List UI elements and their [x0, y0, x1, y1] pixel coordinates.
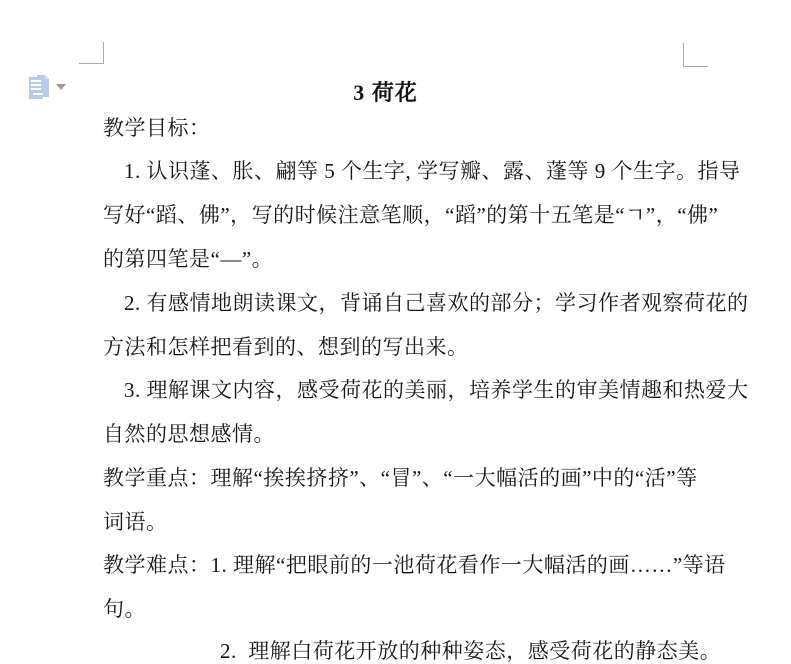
text-line-objective-3-cont: 自然的思想感情。 — [103, 421, 275, 447]
text-line-key-points: 教学重点：理解“挨挨挤挤”、“冒”、“一大幅活的画”中的“活”等 — [103, 465, 698, 491]
corner-vertical-line — [103, 42, 104, 64]
corner-horizontal-line — [683, 66, 708, 67]
page-margin-corner-right — [683, 43, 709, 67]
dropdown-arrow-icon[interactable] — [56, 84, 66, 90]
text-line-objective-2-cont: 方法和怎样把看到的、想到的写出来。 — [103, 334, 469, 360]
document-title: 3 荷花 — [103, 76, 668, 107]
text-line-objective-3: 3. 理解课文内容，感受荷花的美丽，培养学生的审美情趣和热爱大 — [124, 377, 749, 403]
text-line-difficult-points: 教学难点：1. 理解“把眼前的一池荷花看作一大幅活的画……”等语 — [103, 552, 726, 578]
text-line-difficult-cont: 句。 — [103, 596, 146, 622]
text-line-objective-1-cont2: 的第四笔是“—”。 — [103, 246, 273, 272]
corner-vertical-line — [683, 43, 684, 66]
corner-horizontal-line — [79, 63, 104, 64]
document-page: 3 荷花 教学目标： 1. 认识蓬、胀、翩等 5 个生字, 学写瓣、露、蓬等 9… — [0, 0, 791, 664]
text-line-objective-1-cont: 写好“蹈、佛”，写的时候注意笔顺，“蹈”的第十五笔是“ㄱ”，“佛” — [103, 202, 718, 228]
text-line-objective-2: 2. 有感情地朗读课文，背诵自己喜欢的部分；学习作者观察荷花的 — [124, 290, 749, 316]
page-margin-corner-left — [78, 42, 104, 64]
text-line-objectives-heading: 教学目标： — [103, 115, 211, 141]
text-line-key-points-cont: 词语。 — [103, 509, 168, 535]
text-line-difficult-point-2: 2. 理解白荷花开放的种种姿态，感受荷花的静态美。 — [220, 638, 721, 664]
paste-options-button[interactable] — [27, 73, 69, 103]
text-line-objective-1: 1. 认识蓬、胀、翩等 5 个生字, 学写瓣、露、蓬等 9 个生字。指导 — [124, 158, 741, 184]
